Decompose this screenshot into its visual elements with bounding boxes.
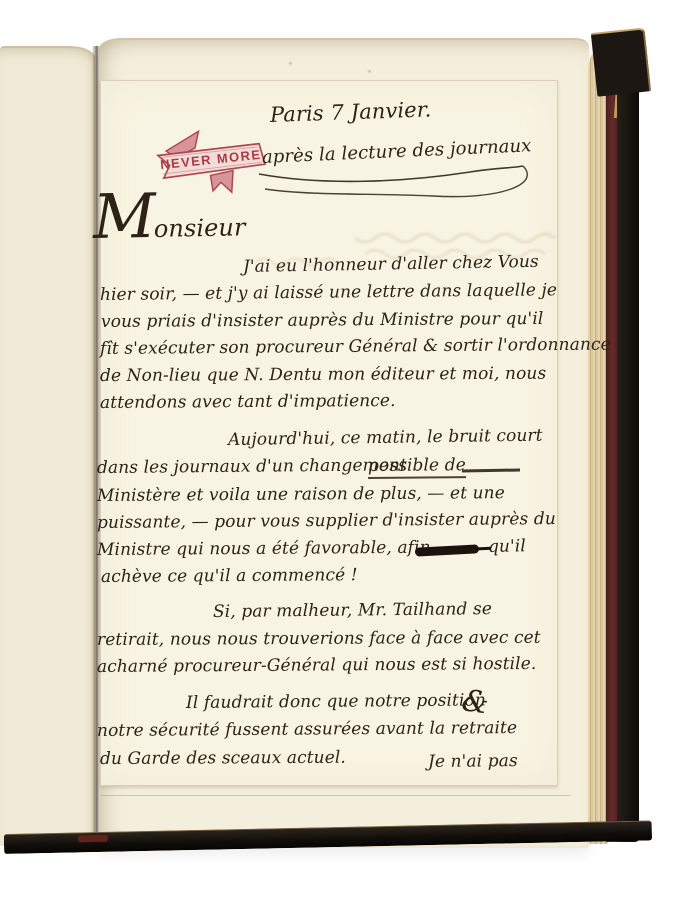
letter-line: & bbox=[460, 684, 491, 720]
letter-line: vous priais d'insister auprès du Ministr… bbox=[101, 310, 544, 332]
letter-line: qu'il bbox=[488, 537, 526, 556]
letter-line: Si, par malheur, Mr. Tailhand se bbox=[213, 600, 492, 622]
show-through-ghost-text bbox=[250, 252, 340, 270]
letter-line: acharné procureur-Général qui nous est s… bbox=[97, 655, 536, 677]
letter-line: possible de bbox=[368, 456, 466, 479]
letter-line: Ministère et voila une raison de plus, —… bbox=[97, 484, 505, 506]
letter-line: de Non-lieu que N. Dentu mon éditeur et … bbox=[100, 365, 546, 386]
letter-line: Ministre qui nous a été favorable, afin bbox=[97, 539, 431, 560]
letter-line: dans les journaux d'un changement bbox=[97, 456, 407, 477]
letter-line: Il faudrait donc que notre position bbox=[186, 691, 486, 712]
letter-lines: J'ai eu l'honneur d'aller chez Voushier … bbox=[0, 0, 700, 900]
letter-line: Je n'ai pas bbox=[428, 752, 518, 772]
letter-line: puissante, — pour vous supplier d'insist… bbox=[97, 510, 556, 533]
letter-line: achève ce qu'il a commencé ! bbox=[101, 566, 358, 586]
letter-line: du Garde des sceaux actuel. bbox=[100, 749, 346, 769]
letter-line: Aujourd'hui, ce matin, le bruit court bbox=[228, 427, 543, 450]
letter-line: attendons avec tant d'impatience. bbox=[100, 392, 396, 413]
show-through-ghost-text bbox=[330, 224, 560, 262]
photo-of-open-book: NEVER MORE Paris 7 Janvier. après la lec… bbox=[0, 0, 700, 900]
letter-line: retirait, nous nous trouverions face à f… bbox=[97, 629, 541, 650]
letter-line: notre sécurité fussent assurées avant la… bbox=[97, 719, 517, 741]
letter-line: hier soir, — et j'y ai laissé une lettre… bbox=[100, 281, 557, 304]
letter-line: fît s'exécuter son procureur Général & s… bbox=[100, 336, 611, 359]
